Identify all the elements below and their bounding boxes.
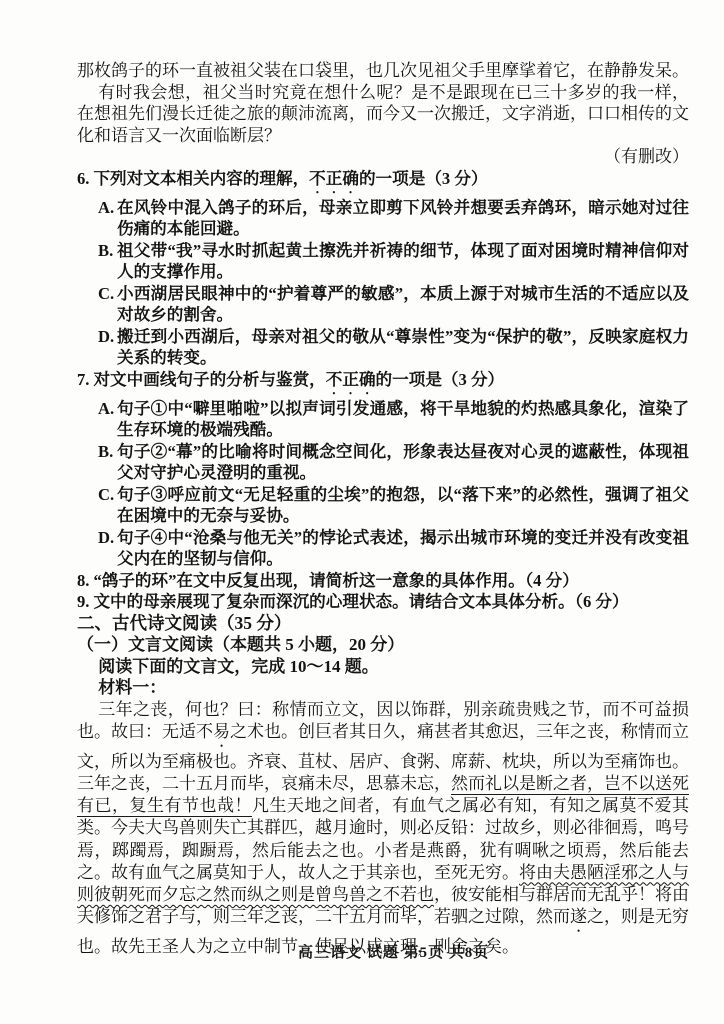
question-7-option-a: A.句子①中“噼里啪啦”以拟声词引发通感，将干旱地貌的灼热感具象化，渲染了生存环… [77,398,689,441]
option-label: A. [98,197,114,219]
question-6-stem-emphasis: 不正确 [309,169,359,188]
question-7-option-d: D.句子④中“沧桑与他无关”的悖论式表述，揭示出城市环境的变迁并没有改变祖父内在… [77,527,689,570]
page-footer: 高三语文 试题 第5页 共8页 [298,941,489,962]
option-label: C. [98,484,114,506]
question-6: 6.下列对文本相关内容的理解，不正确的一项是（3 分） A.在风铃中混入鸽子的环… [77,168,689,369]
option-text: 小西湖居民眼神中的“护着尊严的敏感”，本质上源于对城市生活的不适应以及对故乡的割… [117,284,689,325]
section-2-subtitle: （一）文言文阅读（本题共 5 小题，20 分） [77,634,689,656]
question-9-text: 文中的母亲展现了复杂而深沉的心理状态。请结合文本具体分析。（6 分） [93,592,628,611]
passage-segment-dot: 遂 [570,907,587,926]
question-6-stem-post: 的一项是（3 分） [359,169,488,188]
option-label: B. [98,240,113,262]
section-2-title: 二、古代诗文阅读（35 分） [77,613,689,635]
question-6-option-a: A.在风铃中混入鸽子的环后，母亲立即剪下风铃并想要丢弃鸽环，暗示她对过往伤痛的本… [77,197,689,240]
question-7-option-b: B.句子②“幕”的比喻将时间概念空间化，形象表达昼夜对心灵的遮蔽性，体现祖父对守… [77,441,689,484]
option-text: 祖父带“我”寻水时抓起黄土擦洗并祈祷的细节，体现了面对困境时精神信仰对人的支撑作… [117,241,689,282]
question-8-number: 8. [77,571,89,590]
question-7-option-c: C.句子③呼应前文“无足轻重的尘埃”的抱怨，以“落下来”的必然性，强调了祖父在困… [77,484,689,527]
question-7-stem-post: 的一项是（3 分） [376,370,505,389]
question-6-option-c: C.小西湖居民眼神中的“护着尊严的敏感”，本质上源于对城市生活的不适应以及对故乡… [77,283,689,326]
option-label: A. [98,398,114,420]
option-text: 句子④中“沧桑与他无关”的悖论式表述，揭示出城市环境的变迁并没有改变祖父内在的坚… [117,528,689,569]
question-6-option-b: B.祖父带“我”寻水时抓起黄土擦洗并祈祷的细节，体现了面对困境时精神信仰对人的支… [77,240,689,283]
option-label: D. [98,527,114,549]
narrative-paragraph-1: 那枚鸽子的环一直被祖父装在口袋里，也几次见祖父手里摩挲着它，在静静发呆。 [77,60,689,82]
option-label: C. [98,283,114,305]
narrative-paragraph-2: 有时我会想，祖父当时究竟在想什么呢？是不是跟现在已三十多岁的我一样，在想祖先们漫… [77,82,689,147]
question-7: 7.对文中画线句子的分析与鉴赏，不正确的一项是（3 分） A.句子①中“噼里啪啦… [77,369,689,570]
material-1-label: 材料一： [77,677,689,699]
classical-passage: 三年之丧，何也？曰：称情而立文，因以饰群，别亲疏贵贱之节，而不可益损也。故曰：无… [77,699,689,959]
option-label: B. [98,441,113,463]
option-text: 在风铃中混入鸽子的环后，母亲立即剪下风铃并想要丢弃鸽环，暗示她对过往伤痛的本能回… [117,198,689,239]
question-8-text: “鸽子的环”在文中反复出现，请简析这一意象的具体作用。（4 分） [93,571,578,590]
question-6-number: 6. [77,169,89,188]
question-6-stem: 6.下列对文本相关内容的理解，不正确的一项是（3 分） [77,168,689,197]
page-content: 那枚鸽子的环一直被祖父装在口袋里，也几次见祖父手里摩挲着它，在静静发呆。 有时我… [0,0,724,958]
option-text: 句子①中“噼里啪啦”以拟声词引发通感，将干旱地貌的灼热感具象化，渲染了生存环境的… [117,399,689,440]
question-8: 8.“鸽子的环”在文中反复出现，请简析这一意象的具体作用。（4 分） [77,570,689,592]
exam-page: 那枚鸽子的环一直被祖父装在口袋里，也几次见祖父手里摩挲着它，在静静发呆。 有时我… [0,0,724,1024]
option-label: D. [98,326,114,348]
question-9-number: 9. [77,592,89,611]
question-9: 9.文中的母亲展现了复杂而深沉的心理状态。请结合文本具体分析。（6 分） [77,591,689,613]
reading-instruction: 阅读下面的文言文，完成 10～14 题。 [77,656,689,678]
question-7-number: 7. [77,370,89,389]
question-7-stem-emphasis: 不正确 [326,370,376,389]
attribution-note: （有删改） [77,146,689,168]
question-7-stem: 7.对文中画线句子的分析与鉴赏，不正确的一项是（3 分） [77,369,689,398]
option-text: 搬迁到小西湖后，母亲对祖父的敬从“尊崇性”变为“保护的敬”，反映家庭权力关系的转… [117,327,689,368]
passage-segment-dot: 易 [213,722,230,741]
option-text: 句子③呼应前文“无足轻重的尘埃”的抱怨，以“落下来”的必然性，强调了祖父在困境中… [117,485,689,526]
question-6-stem-pre: 下列对文本相关内容的理解， [93,169,309,188]
question-6-option-d: D.搬迁到小西湖后，母亲对祖父的敬从“尊崇性”变为“保护的敬”，反映家庭权力关系… [77,326,689,369]
question-7-stem-pre: 对文中画线句子的分析与鉴赏， [93,370,325,389]
option-text: 句子②“幕”的比喻将时间概念空间化，形象表达昼夜对心灵的遮蔽性，体现祖父对守护心… [117,442,689,483]
